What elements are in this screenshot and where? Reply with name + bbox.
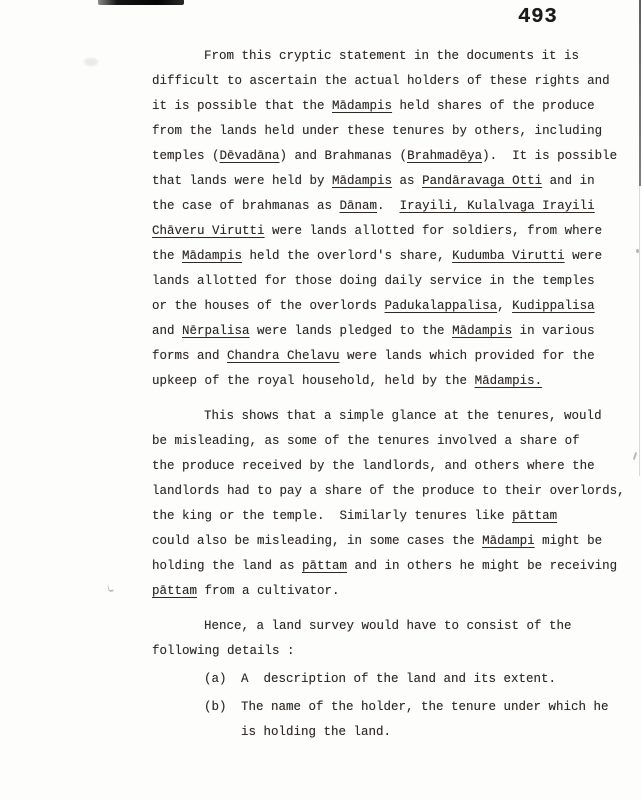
text-run: as	[392, 174, 422, 188]
text-run: ) and Brahmanas (	[280, 149, 408, 163]
text-run: temples (	[152, 149, 220, 163]
text-line: The name of the holder, the tenure under…	[241, 695, 630, 720]
text-line: the king or the temple. Similarly tenure…	[152, 504, 630, 529]
underlined-term: Pandāravaga Otti	[422, 174, 542, 188]
text-run: lands allotted for those doing daily ser…	[152, 274, 595, 288]
underlined-term: Dānam	[340, 199, 378, 213]
text-run: were	[565, 249, 603, 263]
text-run: ). It is possible	[482, 149, 617, 163]
stray-ink-speck	[107, 585, 113, 593]
underlined-term: Dēvadāna	[220, 149, 280, 163]
text-run: the	[152, 249, 182, 263]
text-run: held the overlord's share,	[242, 249, 452, 263]
text-run: A description of the land and its extent…	[241, 672, 556, 686]
text-run: the king or the temple. Similarly tenure…	[152, 509, 512, 523]
text-line: the Mādampis held the overlord's share, …	[152, 244, 630, 269]
text-run: were lands allotted for soldiers, from w…	[265, 224, 603, 238]
list-marker: (a)	[204, 667, 227, 692]
text-run: held shares of the produce	[392, 99, 595, 113]
text-run: is holding the land.	[241, 725, 391, 739]
underlined-term: Chāveru Virutti	[152, 224, 265, 238]
underlined-term: Mādampis	[332, 99, 392, 113]
paragraph: From this cryptic statement in the docum…	[152, 44, 630, 394]
underlined-term: Irayili, Kulalvaga Irayili	[400, 199, 595, 213]
list-item: (a)A description of the land and its ext…	[152, 667, 630, 692]
text-run: or the houses of the overlords	[152, 299, 385, 313]
paragraph: This shows that a simple glance at the t…	[152, 404, 630, 604]
text-line: landlords had to pay a share of the prod…	[152, 479, 630, 504]
text-line: This shows that a simple glance at the t…	[152, 404, 630, 429]
text-run: were lands which provided for the	[340, 349, 595, 363]
text-run: it is possible that the	[152, 99, 332, 113]
text-run: the produce received by the landlords, a…	[152, 459, 595, 473]
text-run: that lands were held by	[152, 174, 332, 188]
text-line: from the lands held under these tenures …	[152, 119, 630, 144]
right-edge-speck	[636, 249, 639, 253]
text-line: or the houses of the overlords Padukalap…	[152, 294, 630, 319]
right-page-edge-line	[639, 0, 641, 186]
underlined-term: pāttam	[302, 559, 347, 573]
text-line: From this cryptic statement in the docum…	[152, 44, 630, 69]
text-line: it is possible that the Mādampis held sh…	[152, 94, 630, 119]
underlined-term: Chandra Chelavu	[227, 349, 340, 363]
text-run: This shows that a simple glance at the t…	[204, 409, 602, 423]
underlined-term: Nērpalisa	[182, 324, 250, 338]
text-line: following details :	[152, 639, 630, 664]
text-run: landlords had to pay a share of the prod…	[152, 484, 625, 498]
underlined-term: Kudumba Virutti	[452, 249, 565, 263]
text-line: Hence, a land survey would have to consi…	[152, 614, 630, 639]
text-run: Hence, a land survey would have to consi…	[204, 619, 572, 633]
text-run: forms and	[152, 349, 227, 363]
text-line: the produce received by the landlords, a…	[152, 454, 630, 479]
right-page-edge-line-faint	[639, 186, 640, 476]
text-run: and in others he might be receiving	[347, 559, 617, 573]
text-run: in various	[512, 324, 595, 338]
underlined-term: Mādampis	[332, 174, 392, 188]
text-line: difficult to ascertain the actual holder…	[152, 69, 630, 94]
text-line: the case of brahmanas as Dānam. Irayili,…	[152, 194, 630, 219]
text-line: is holding the land.	[241, 720, 630, 745]
text-line: upkeep of the royal household, held by t…	[152, 369, 630, 394]
underlined-term: Mādampi	[482, 534, 535, 548]
text-run: be misleading, as some of the tenures in…	[152, 434, 580, 448]
underlined-term: Padukalappalisa	[385, 299, 498, 313]
text-run: could also be misleading, in some cases …	[152, 534, 482, 548]
underlined-term: Mādampis	[182, 249, 242, 263]
text-run: the case of brahmanas as	[152, 199, 340, 213]
underlined-term: pāttam	[512, 509, 557, 523]
text-line: forms and Chandra Chelavu were lands whi…	[152, 344, 630, 369]
faint-smudge	[84, 58, 98, 66]
text-line: temples (Dēvadāna) and Brahmanas (Brahma…	[152, 144, 630, 169]
underlined-term: Kudippalisa	[512, 299, 595, 313]
list-marker: (b)	[204, 695, 227, 720]
text-line: A description of the land and its extent…	[241, 667, 630, 692]
underlined-term: Mādampis	[452, 324, 512, 338]
text-run: from the lands held under these tenures …	[152, 124, 602, 138]
text-line: could also be misleading, in some cases …	[152, 529, 630, 554]
text-run: following details :	[152, 644, 295, 658]
text-run: holding the land as	[152, 559, 302, 573]
text-run: ,	[497, 299, 512, 313]
text-line: lands allotted for those doing daily ser…	[152, 269, 630, 294]
text-line: pāttam from a cultivator.	[152, 579, 630, 604]
text-run: From this cryptic statement in the docum…	[204, 49, 579, 63]
text-run: from a cultivator.	[197, 584, 340, 598]
list-item: (b)The name of the holder, the tenure un…	[152, 695, 630, 745]
top-edge-scan-bar	[98, 0, 184, 5]
text-line: and Nērpalisa were lands pledged to the …	[152, 319, 630, 344]
text-line: be misleading, as some of the tenures in…	[152, 429, 630, 454]
text-run: were lands pledged to the	[250, 324, 453, 338]
paragraph: Hence, a land survey would have to consi…	[152, 614, 630, 664]
underlined-term: Brahmadēya	[407, 149, 482, 163]
text-body: From this cryptic statement in the docum…	[152, 44, 630, 745]
text-line: Chāveru Virutti were lands allotted for …	[152, 219, 630, 244]
underlined-term: pāttam	[152, 584, 197, 598]
text-run: .	[377, 199, 400, 213]
right-edge-tick-mark	[633, 452, 637, 460]
underlined-term: Mādampis.	[475, 374, 543, 388]
text-line: holding the land as pāttam and in others…	[152, 554, 630, 579]
text-line: that lands were held by Mādampis as Pand…	[152, 169, 630, 194]
text-run: and	[152, 324, 182, 338]
text-run: might be	[535, 534, 603, 548]
text-run: The name of the holder, the tenure under…	[241, 700, 609, 714]
text-run: upkeep of the royal household, held by t…	[152, 374, 475, 388]
text-run: difficult to ascertain the actual holder…	[152, 74, 610, 88]
page-number: 493	[518, 6, 557, 29]
text-run: and in	[542, 174, 595, 188]
